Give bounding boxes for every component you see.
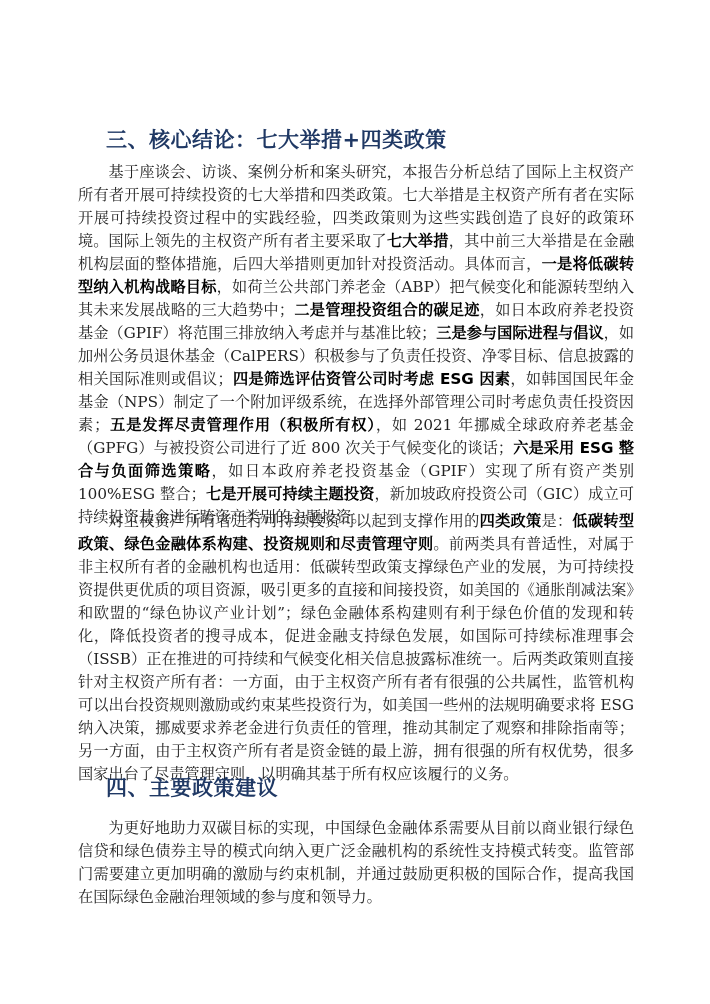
bold-phrase: 五是发挥尽责管理作用（积极所有权） — [109, 416, 376, 434]
section-heading-core-conclusions: 三、核心结论：七大举措+四类政策 — [106, 124, 447, 154]
text-run: 是： — [541, 512, 572, 530]
paragraph-four-policies: 对主权资产所有者进行可持续投资可以起到支撑作用的四类政策是：低碳转型政策、绿色金… — [78, 510, 634, 786]
bold-phrase: 七大举措 — [387, 232, 449, 250]
bold-phrase: 四类政策 — [480, 512, 542, 530]
section-heading-policy-recommendations: 四、主要政策建议 — [106, 772, 278, 802]
bold-phrase: 三是参与国际进程与倡议 — [436, 324, 603, 342]
document-page: 三、核心结论：七大举措+四类政策 基于座谈会、访谈、案例分析和案头研究，本报告分… — [0, 0, 710, 1004]
text-run: 为更好地助力双碳目标的实现，中国绿色金融体系需要从目前以商业银行绿色信贷和绿色债… — [78, 819, 634, 906]
paragraph-seven-measures: 国际上领先的主权资产所有者主要采取了七大举措，其中前三大举措是在金融机构层面的整… — [78, 230, 634, 529]
text-run: 对主权资产所有者进行可持续投资可以起到支撑作用的 — [108, 512, 479, 530]
paragraph-recommendations: 为更好地助力双碳目标的实现，中国绿色金融体系需要从目前以商业银行绿色信贷和绿色债… — [78, 817, 634, 909]
text-run: 国际上领先的主权资产所有者主要采取了 — [108, 232, 386, 250]
bold-phrase: 二是管理投资组合的碳足迹 — [294, 301, 480, 319]
bold-phrase: 四是筛选评估资管公司时考虑 ESG 因素 — [233, 370, 511, 388]
bold-phrase: 七是开展可持续主题投资 — [206, 485, 375, 503]
text-run: 。前两类具有普适性，对属于非主权所有者的金融机构也适用：低碳转型政策支撑绿色产业… — [78, 535, 634, 783]
